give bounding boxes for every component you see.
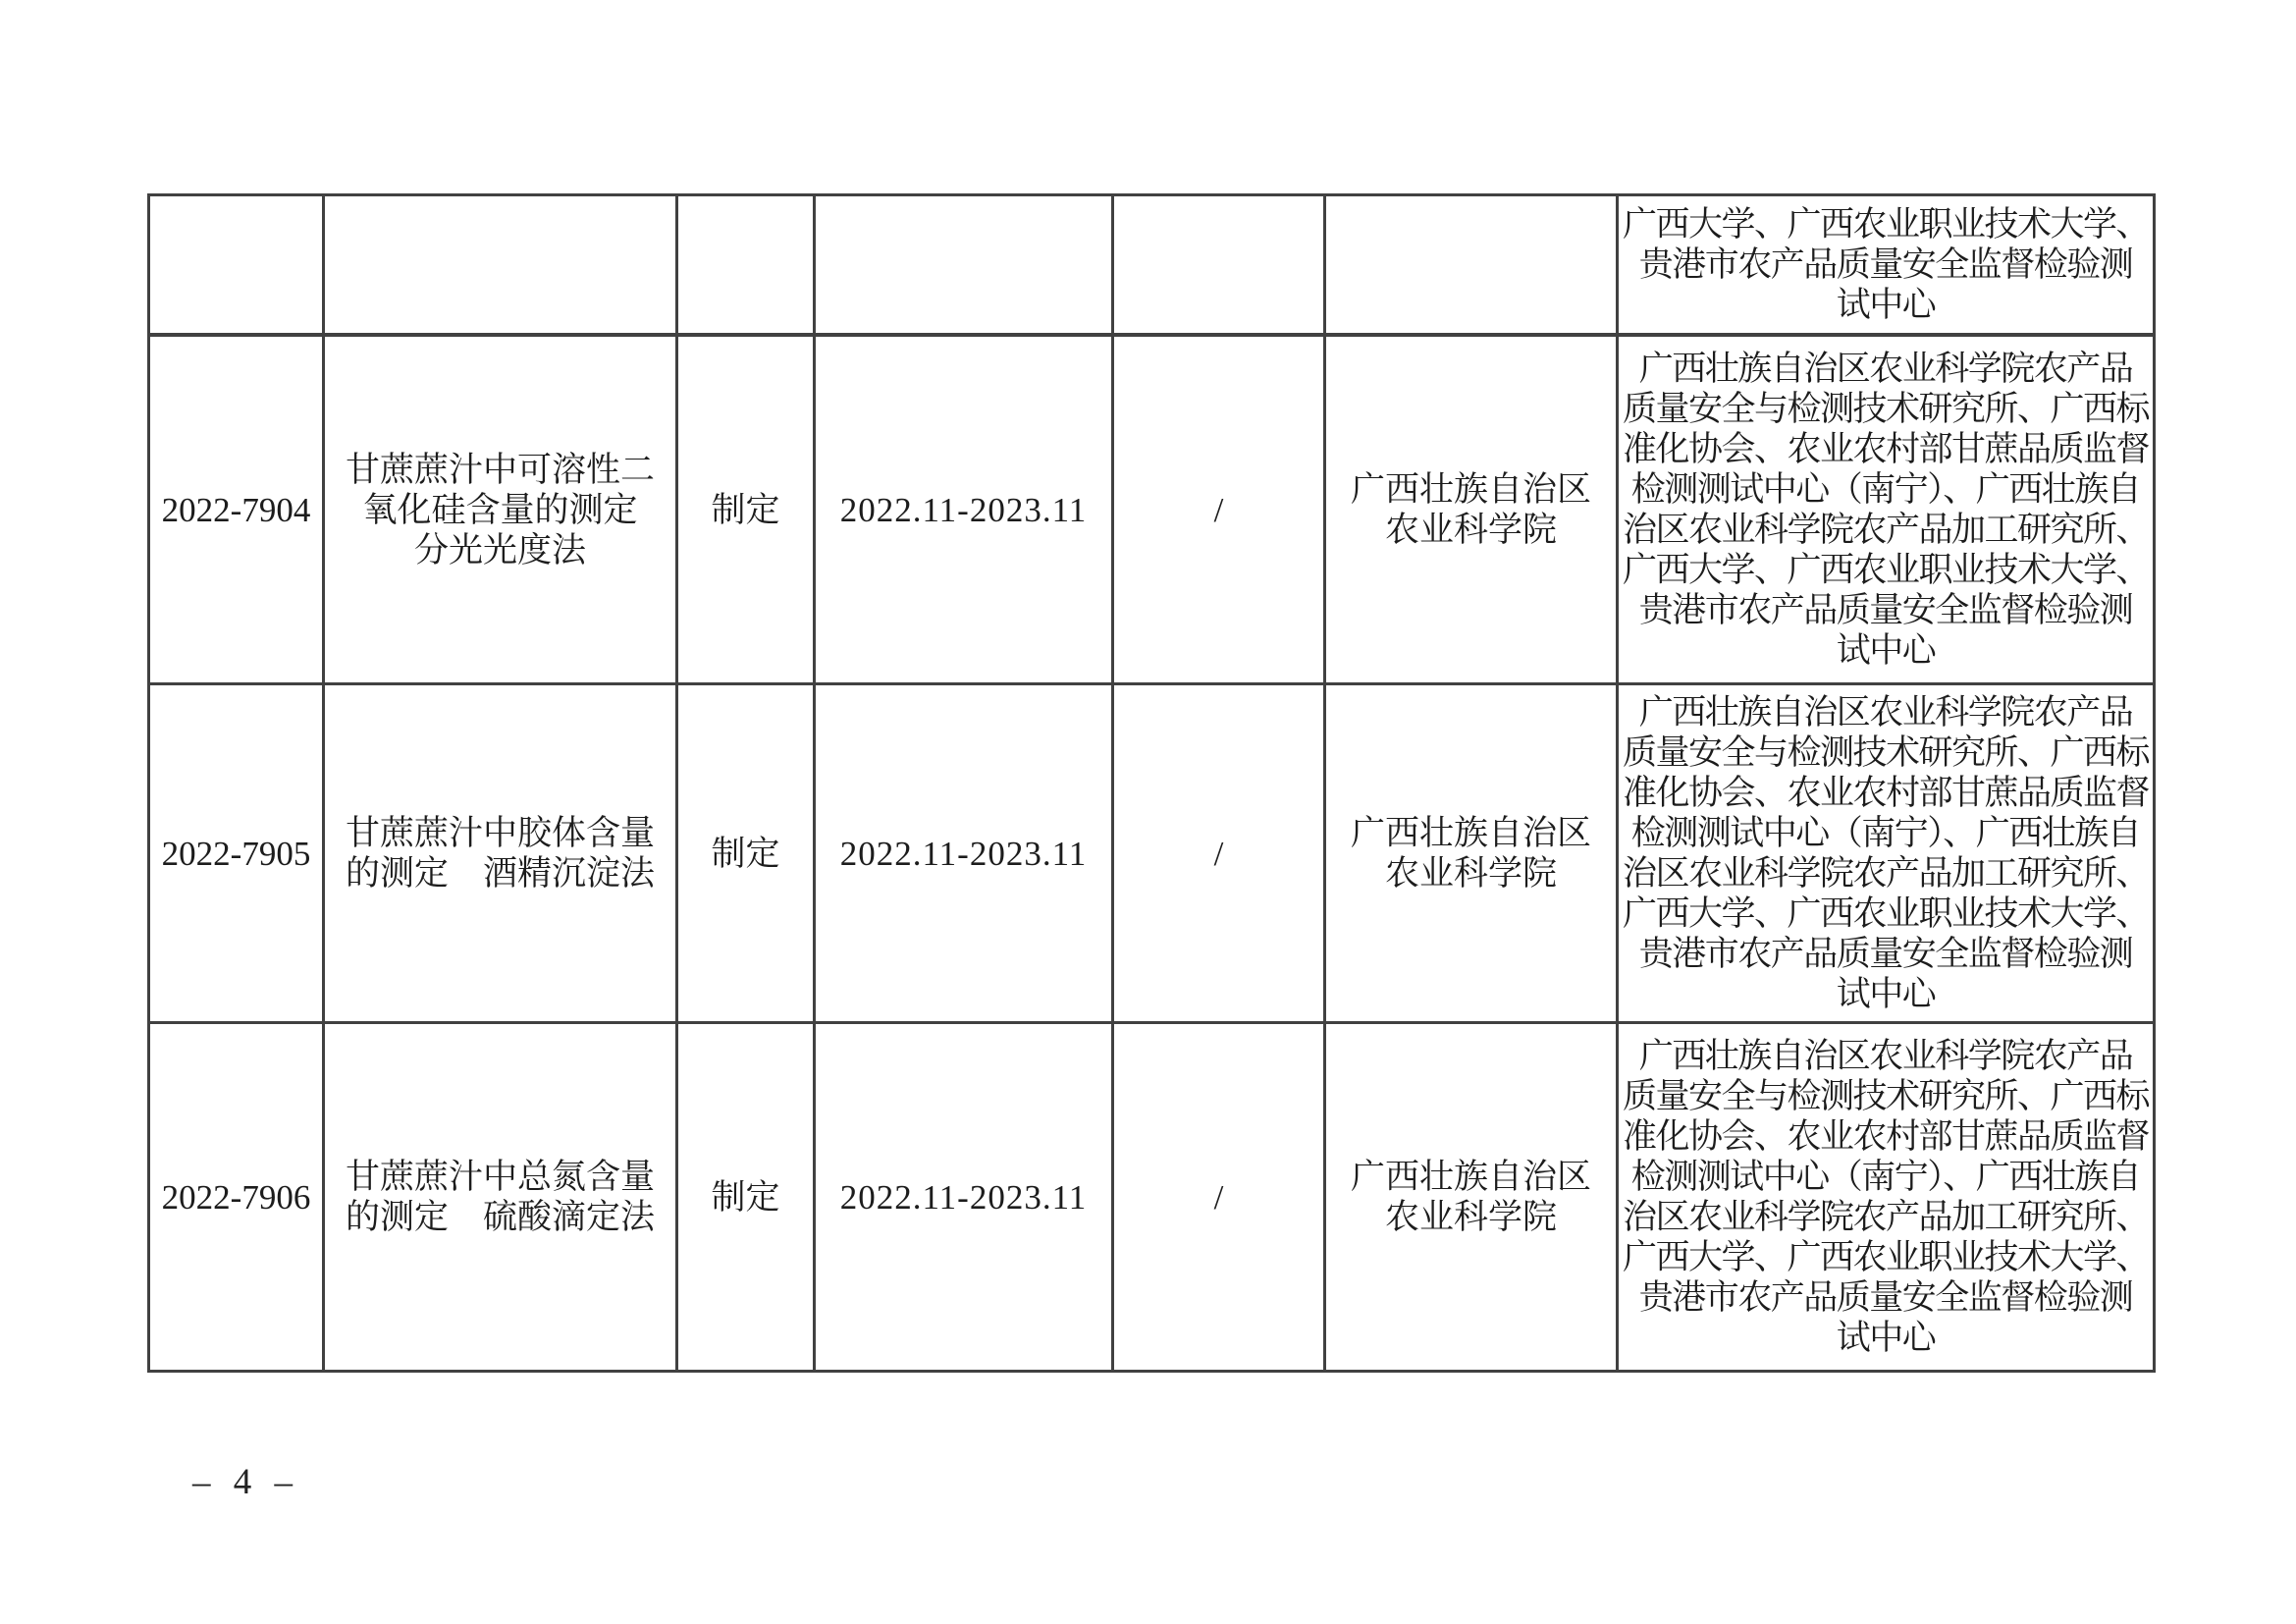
cell-period [815,195,1113,336]
table-row: 广西大学、广西农业职业技术大学、 贵港市农产品质量安全监督检验测 试中心 [149,195,2155,336]
table-row: 2022-7906 甘蔗蔗汁中总氮含量 的测定 硫酸滴定法 制定 2022.11… [149,1023,2155,1372]
cell-type: 制定 [677,1023,815,1372]
standards-plan-table: 广西大学、广西农业职业技术大学、 贵港市农产品质量安全监督检验测 试中心 202… [147,193,2156,1373]
page-number: – 4 – [192,1461,299,1503]
cell-standard-name: 甘蔗蔗汁中胶体含量 的测定 酒精沉淀法 [324,684,677,1023]
cell-serial [149,195,324,336]
table-row: 2022-7905 甘蔗蔗汁中胶体含量 的测定 酒精沉淀法 制定 2022.11… [149,684,2155,1023]
cell-replaced-standard: / [1113,1023,1325,1372]
cell-type: 制定 [677,335,815,684]
cell-standard-name [324,195,677,336]
cell-serial: 2022-7904 [149,335,324,684]
cell-replaced-standard: / [1113,335,1325,684]
cell-serial: 2022-7905 [149,684,324,1023]
cell-standard-name: 甘蔗蔗汁中总氮含量 的测定 硫酸滴定法 [324,1023,677,1372]
table-row: 2022-7904 甘蔗蔗汁中可溶性二 氧化硅含量的测定 分光光度法 制定 20… [149,335,2155,684]
cell-drafting-orgs: 广西大学、广西农业职业技术大学、 贵港市农产品质量安全监督检验测 试中心 [1618,195,2155,336]
cell-period: 2022.11-2023.11 [815,684,1113,1023]
cell-type: 制定 [677,684,815,1023]
cell-lead-org [1325,195,1618,336]
cell-serial: 2022-7906 [149,1023,324,1372]
cell-replaced-standard [1113,195,1325,336]
cell-replaced-standard: / [1113,684,1325,1023]
cell-lead-org: 广西壮族自治区 农业科学院 [1325,684,1618,1023]
cell-standard-name: 甘蔗蔗汁中可溶性二 氧化硅含量的测定 分光光度法 [324,335,677,684]
cell-drafting-orgs: 广西壮族自治区农业科学院农产品 质量安全与检测技术研究所、广西标 准化协会、农业… [1618,1023,2155,1372]
cell-drafting-orgs: 广西壮族自治区农业科学院农产品 质量安全与检测技术研究所、广西标 准化协会、农业… [1618,335,2155,684]
cell-drafting-orgs: 广西壮族自治区农业科学院农产品 质量安全与检测技术研究所、广西标 准化协会、农业… [1618,684,2155,1023]
cell-period: 2022.11-2023.11 [815,335,1113,684]
cell-lead-org: 广西壮族自治区 农业科学院 [1325,335,1618,684]
document-page: 广西大学、广西农业职业技术大学、 贵港市农产品质量安全监督检验测 试中心 202… [0,0,2296,1624]
cell-period: 2022.11-2023.11 [815,1023,1113,1372]
cell-lead-org: 广西壮族自治区 农业科学院 [1325,1023,1618,1372]
cell-type [677,195,815,336]
